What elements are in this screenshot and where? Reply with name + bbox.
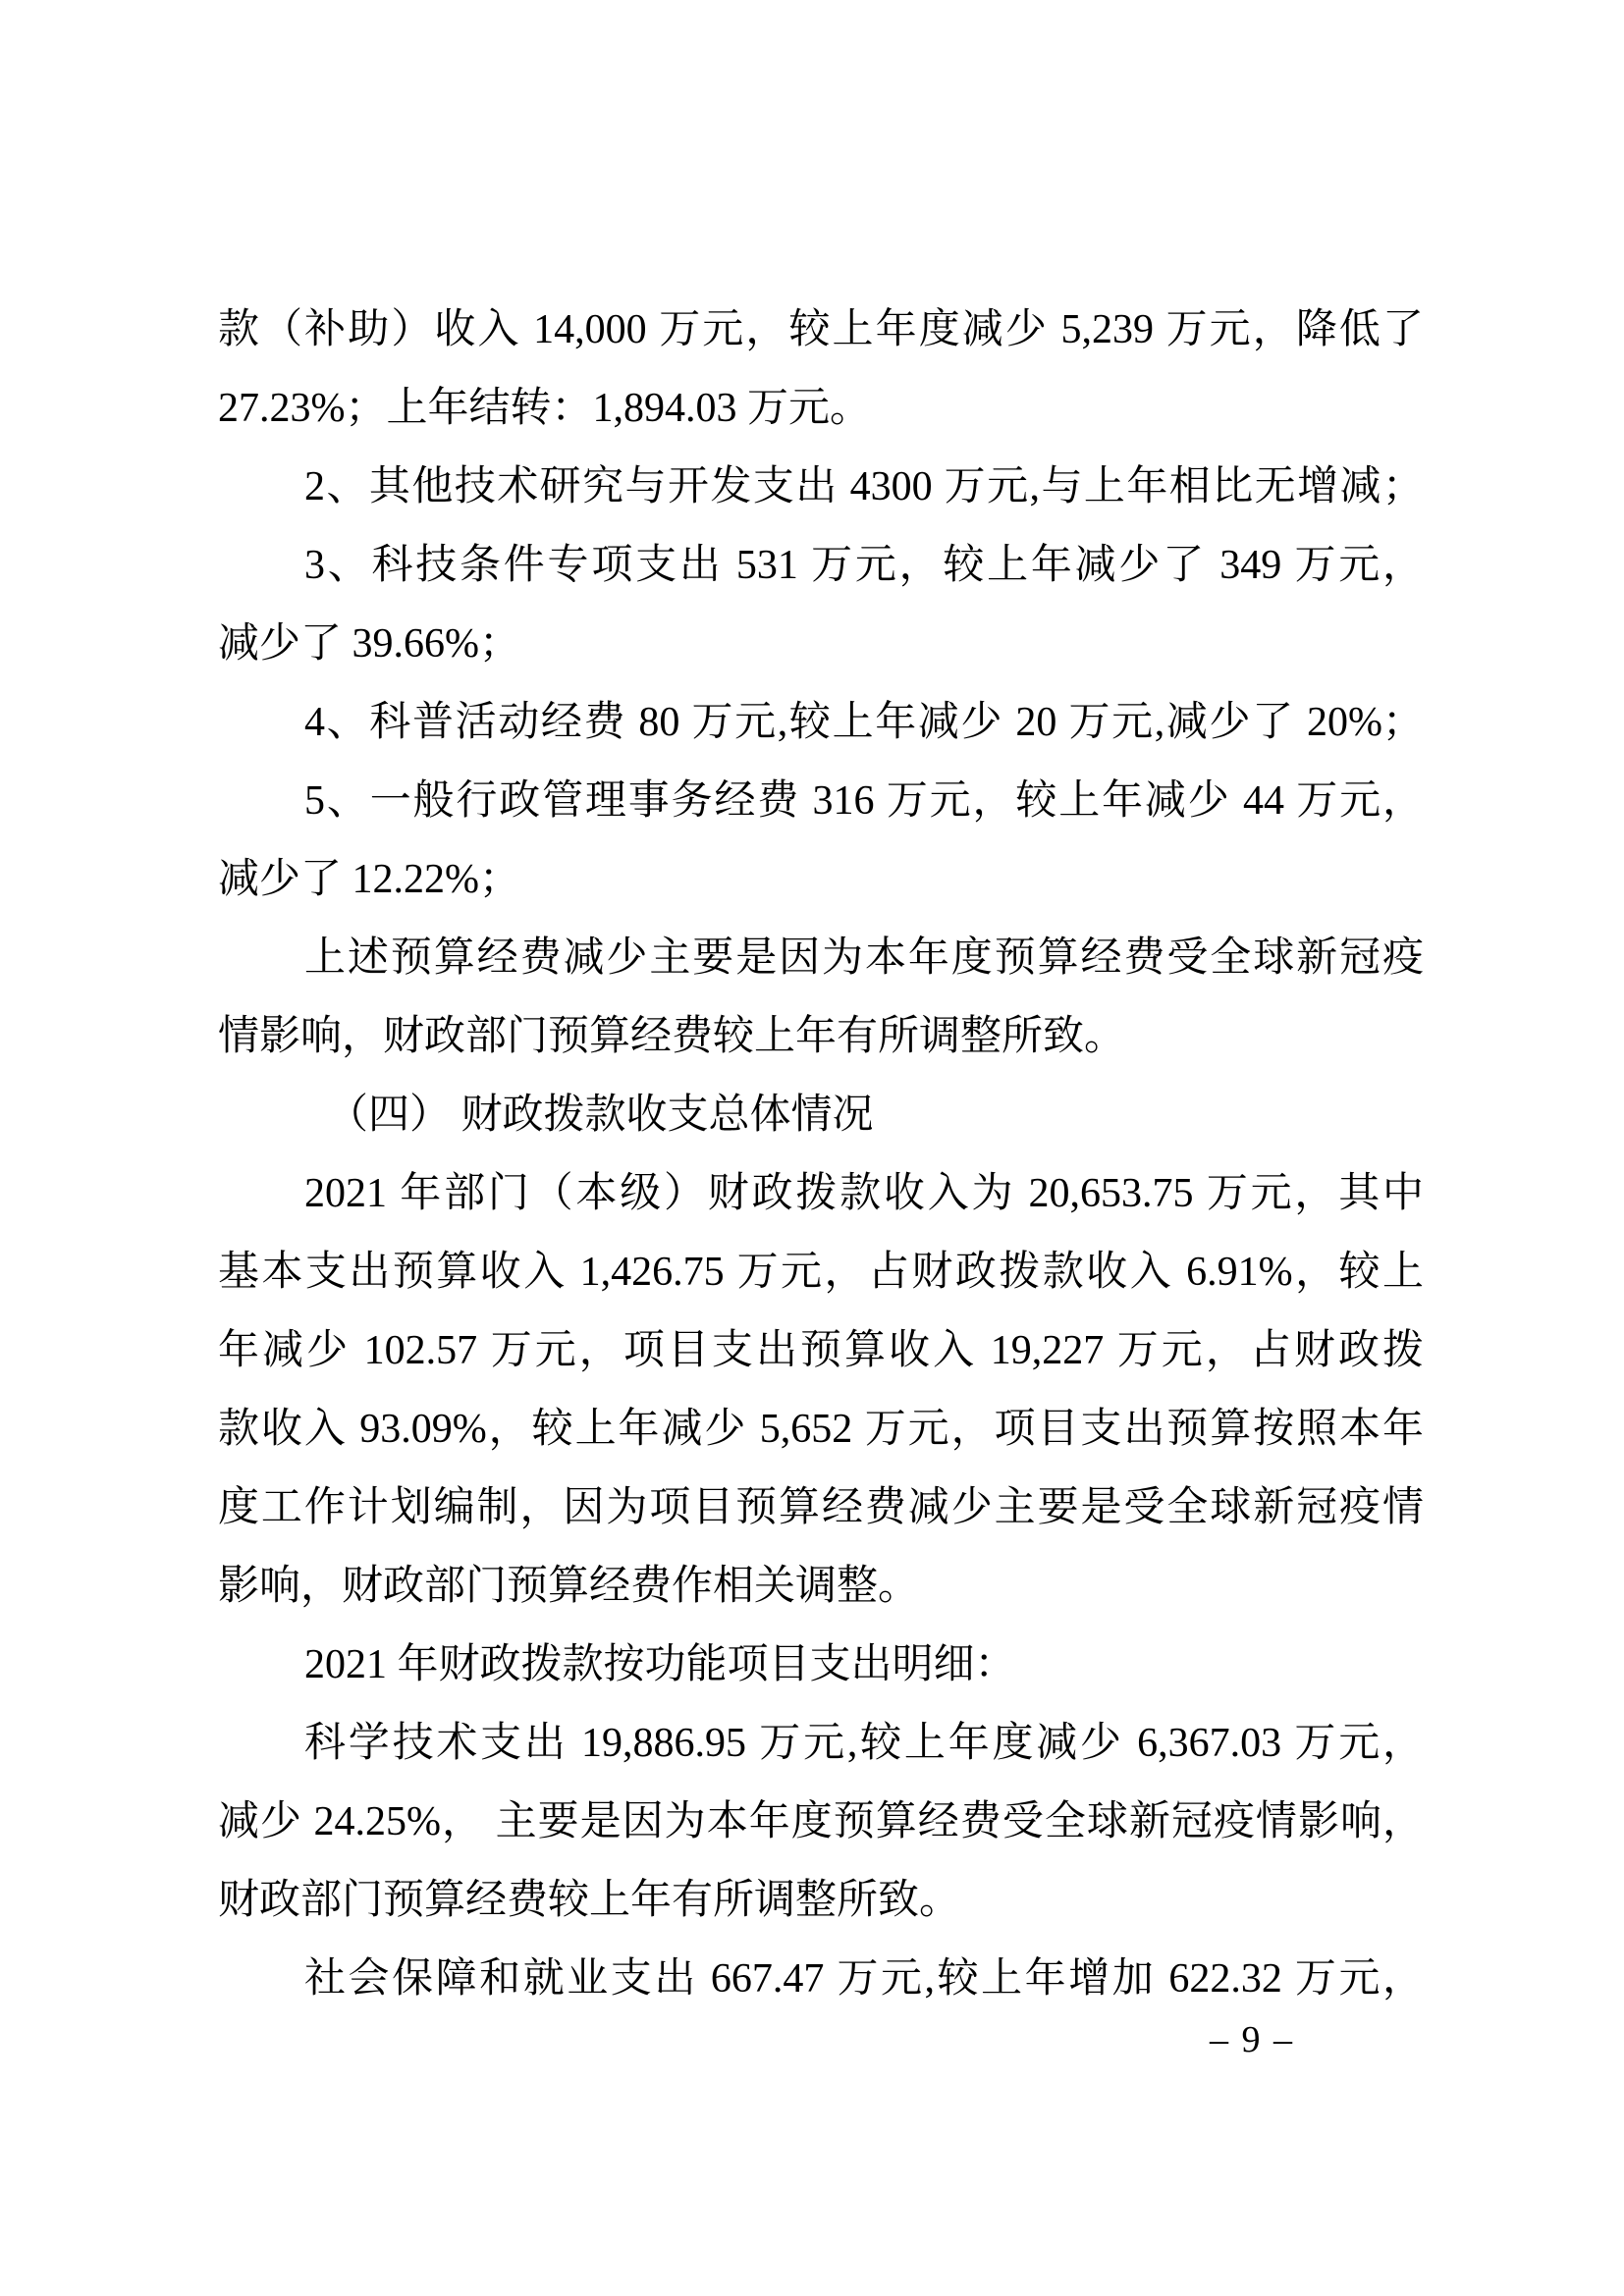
text-line-15: 款收入 93.09%，较上年减少 5,652 万元，项目支出预算按照本年	[218, 1390, 1424, 1468]
text-line-17: 影响，财政部门预算经费作相关调整。	[218, 1547, 1424, 1626]
text-line-1: 款（补助）收入 14,000 万元，较上年度减少 5,239 万元，降低了	[218, 291, 1424, 369]
text-line-3: 2、其他技术研究与开发支出 4300 万元,与上年相比无增减；	[218, 448, 1424, 526]
text-line-5: 减少了 39.66%；	[218, 605, 1424, 683]
text-line-10: 情影响，财政部门预算经费较上年有所调整所致。	[218, 997, 1424, 1076]
text-line-7: 5、一般行政管理事务经费 316 万元，较上年减少 44 万元，	[218, 762, 1424, 840]
document-page: 款（补助）收入 14,000 万元，较上年度减少 5,239 万元，降低了 27…	[0, 0, 1624, 2296]
page-number: – 9 –	[1210, 2018, 1294, 2061]
text-line-12: 2021 年部门（本级）财政拨款收入为 20,653.75 万元，其中	[218, 1154, 1424, 1233]
text-line-4: 3、科技条件专项支出 531 万元，较上年减少了 349 万元，	[218, 526, 1424, 605]
document-body: 款（补助）收入 14,000 万元，较上年度减少 5,239 万元，降低了 27…	[218, 291, 1424, 2018]
text-line-2: 27.23%；上年结转：1,894.03 万元。	[218, 369, 1424, 448]
text-line-13: 基本支出预算收入 1,426.75 万元，占财政拨款收入 6.91%，较上	[218, 1233, 1424, 1311]
text-line-9: 上述预算经费减少主要是因为本年度预算经费受全球新冠疫	[218, 919, 1424, 997]
text-line-21: 财政部门预算经费较上年有所调整所致。	[218, 1861, 1424, 1940]
section-heading: （四） 财政拨款收支总体情况	[218, 1076, 1424, 1154]
text-line-20: 减少 24.25%， 主要是因为本年度预算经费受全球新冠疫情影响，	[218, 1783, 1424, 1861]
text-line-8: 减少了 12.22%；	[218, 840, 1424, 919]
text-line-22: 社会保障和就业支出 667.47 万元,较上年增加 622.32 万元，	[218, 1940, 1424, 2018]
text-line-14: 年减少 102.57 万元，项目支出预算收入 19,227 万元，占财政拨	[218, 1311, 1424, 1390]
text-line-19: 科学技术支出 19,886.95 万元,较上年度减少 6,367.03 万元，	[218, 1704, 1424, 1783]
text-line-16: 度工作计划编制，因为项目预算经费减少主要是受全球新冠疫情	[218, 1468, 1424, 1547]
text-line-6: 4、科普活动经费 80 万元,较上年减少 20 万元,减少了 20%；	[218, 683, 1424, 762]
text-line-18: 2021 年财政拨款按功能项目支出明细：	[218, 1626, 1424, 1704]
